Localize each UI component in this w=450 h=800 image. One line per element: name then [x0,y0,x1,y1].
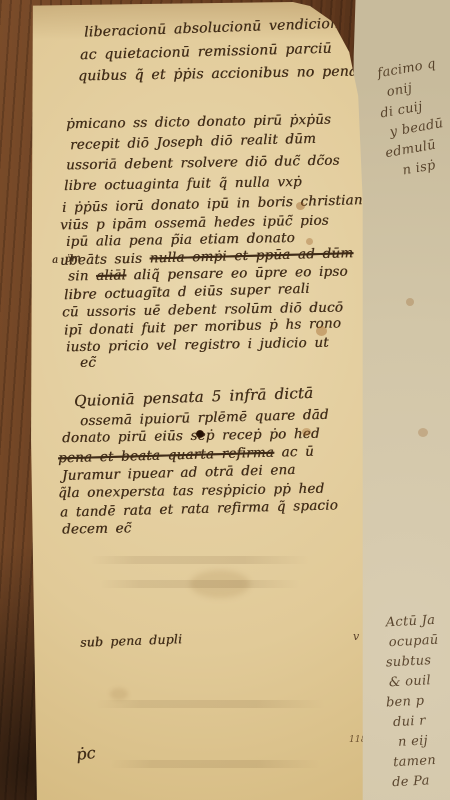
manuscript-line: libre octuaginta fuit q̃ nulla vxṗ [64,174,302,194]
manuscript-line: tamen [393,751,444,774]
manuscript-line: dui r [393,711,444,734]
manuscript-line: de Pa [392,771,443,794]
manuscript-line: & ouil [388,671,439,694]
bleed-through-texture [90,556,310,564]
manuscript-line: Quioniā pensata 5 infrā dictā [74,384,314,410]
manuscript-line: ac quietacionū remissionū parciū [80,41,332,64]
manuscript-line: n eij [398,730,449,753]
paragraph-end-mark: ec̃ [80,355,96,371]
manuscript-line: a tandē rata et rata refirma q̃ spacio [60,497,338,520]
struck-text: aliāl [96,267,126,284]
manuscript-line: ussoriā debent rsolvere diō duc̃ dc̃os [66,153,340,174]
margin-insertion: a ṗm [52,253,82,266]
manuscript-line: recepit diō Joseph diō realit dūm [70,131,316,153]
ink-blot [196,430,204,438]
manuscript-line: iusto pricio vel registro i judicio ut [66,335,329,356]
manuscript-line: ṗmicano ss dicto donato pirū ṗxṗūs [66,112,331,133]
manuscript-line: liberacionū absolucionū vendicionū [84,15,349,40]
margin-check-mark: v [353,630,359,643]
sub-pena-note: sub pena dupli [80,631,183,650]
manuscript-photo: facimo q onij di cuij y beadū edmulū n i… [0,0,450,800]
manuscript-line: subtus [385,651,436,674]
line-text: ac ū [274,444,314,461]
stain [418,428,428,437]
stain [110,688,128,700]
bleed-through-texture [110,760,320,768]
bleed-through-texture [95,700,325,708]
stain [306,238,313,245]
manuscript-line: ocupaū [388,631,439,654]
closing-flourish: ṗc [75,743,96,764]
manuscript-line: donato pirū eiūs seṗ receṗ ṗo hed [62,426,320,446]
line-text: sin [68,268,96,284]
line-text: aliq̃ pensare eo ūpre eo ipso [126,264,348,284]
stain [406,298,414,306]
facing-page-top-text: facimo q onij di cuij y beadū edmulū n i… [368,56,447,184]
manuscript-line: decem ec̃ [62,520,132,537]
manuscript-line: ben p [386,691,437,714]
bleed-through-texture [100,580,300,588]
facing-page-bottom-text: Actū Ja ocupaū subtus & ouil ben p dui r… [385,611,444,793]
manuscript-line: quibus q̃ et ṗṗis accionibus no pena [78,64,358,85]
manuscript-line: Actū Ja [385,611,436,634]
